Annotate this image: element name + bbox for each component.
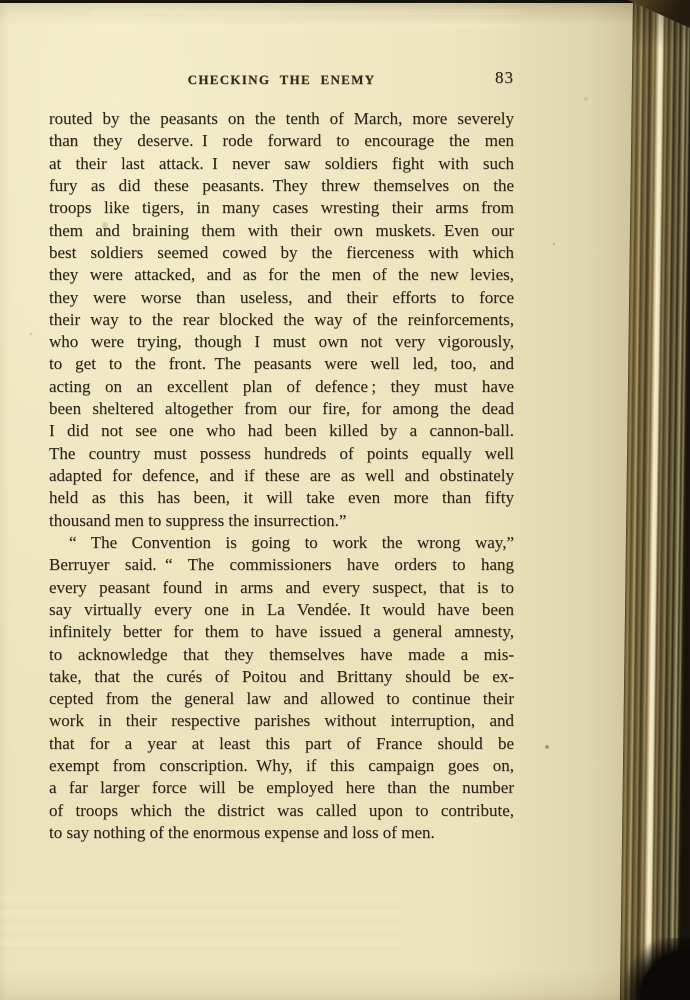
text-line: them and braining them with their own mu… <box>49 220 514 242</box>
paper-specks <box>0 3 2 5</box>
text-line: to say nothing of the enormous expense a… <box>49 822 514 844</box>
text-line: take, that the curés of Poitou and Britt… <box>49 666 514 688</box>
text-line: “ The Convention is going to work the wr… <box>49 532 514 554</box>
text-line: their way to the rear blocked the way of… <box>49 309 514 331</box>
text-line: they were worse than useless, and their … <box>49 287 514 309</box>
book-fore-edge-pages <box>620 0 690 1000</box>
scanned-book-photo: CHECKING THE ENEMY 83 routed by the peas… <box>0 0 690 1000</box>
text-line: infinitely better for them to have issue… <box>49 621 514 643</box>
page-header: CHECKING THE ENEMY 83 <box>49 72 514 94</box>
text-line: thousand men to suppress the insurrectio… <box>49 510 514 532</box>
text-line: to acknowledge that they themselves have… <box>49 644 514 666</box>
page-number: 83 <box>495 68 514 88</box>
text-line: been sheltered altogether from our fire,… <box>49 398 514 420</box>
running-header-title: CHECKING THE ENEMY <box>49 72 514 88</box>
text-line: work in their respective parishes withou… <box>49 710 514 732</box>
text-line: I did not see one who had been killed by… <box>49 420 514 442</box>
text-line: Berruyer said. “ The commissioners have … <box>49 554 514 576</box>
text-line: they were attacked, and as for the men o… <box>49 264 514 286</box>
text-line: at their last attack. I never saw soldie… <box>49 153 514 175</box>
text-line: to get to the front. The peasants were w… <box>49 353 514 375</box>
text-body: routed by the peasants on the tenth of M… <box>49 108 514 844</box>
text-line: held as this has been, it will take even… <box>49 487 514 509</box>
shadow-bottom-corner <box>618 938 690 1000</box>
text-line: cepted from the general law and allowed … <box>49 688 514 710</box>
text-line: say virtually every one in La Vendée. It… <box>49 599 514 621</box>
text-line: The country must possess hundreds of poi… <box>49 443 514 465</box>
text-line: best soldiers seemed cowed by the fierce… <box>49 242 514 264</box>
text-line: routed by the peasants on the tenth of M… <box>49 108 514 130</box>
text-line: of troops which the district was called … <box>49 800 514 822</box>
text-line: that for a year at least this part of Fr… <box>49 733 514 755</box>
text-line: than they deserve. I rode forward to enc… <box>49 130 514 152</box>
text-line: troops like tigers, in many cases wresti… <box>49 197 514 219</box>
scan-artifact-band <box>0 895 400 947</box>
text-line: acting on an excellent plan of defence ;… <box>49 376 514 398</box>
text-line: a far larger force will be employed here… <box>49 777 514 799</box>
text-line: exempt from conscription. Why, if this c… <box>49 755 514 777</box>
text-line: who were trying, though I must own not v… <box>49 331 514 353</box>
text-line: fury as did these peasants. They threw t… <box>49 175 514 197</box>
scan-artifact-band <box>90 9 520 33</box>
text-line: every peasant found in arms and every su… <box>49 577 514 599</box>
book-page-paper: CHECKING THE ENEMY 83 routed by the peas… <box>0 3 640 1000</box>
text-line: adapted for defence, and if these are as… <box>49 465 514 487</box>
